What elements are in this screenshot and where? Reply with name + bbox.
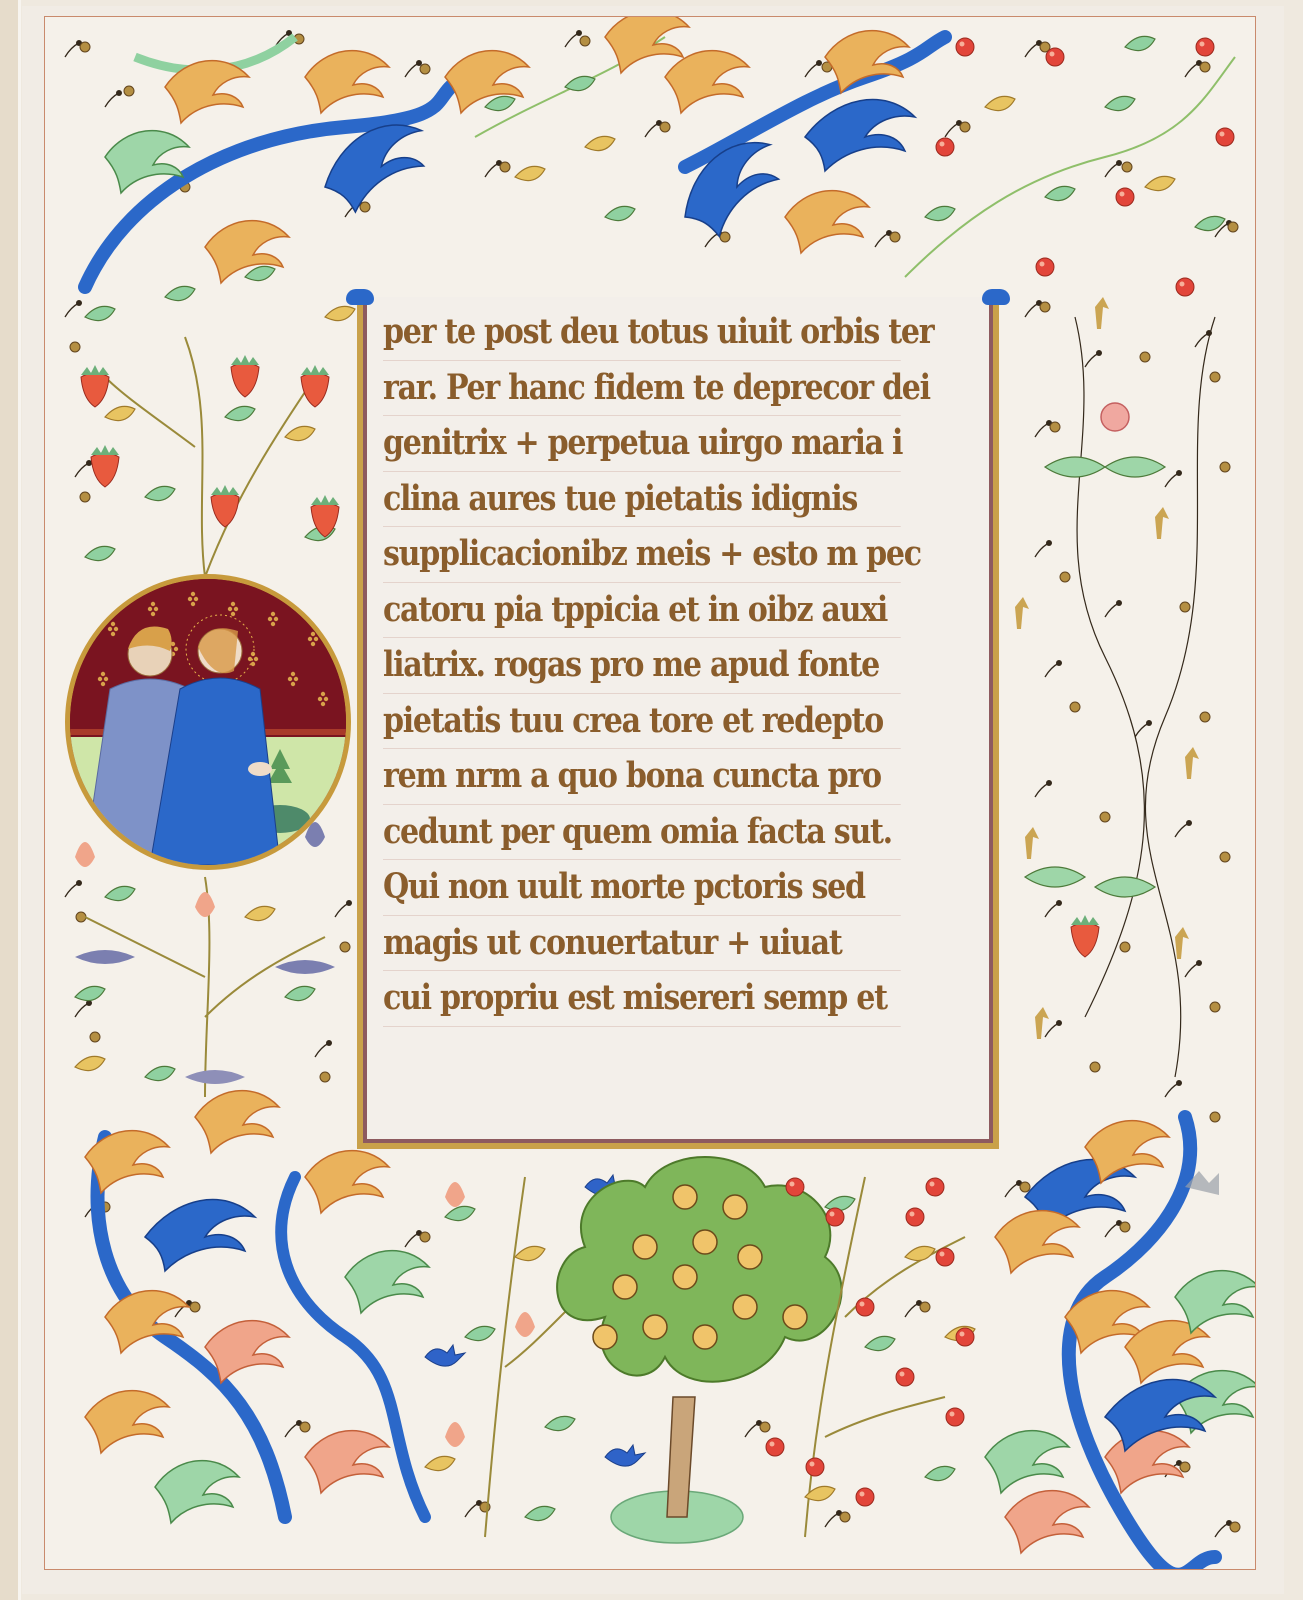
text-line: liatrix. rogas pro me apud fonte xyxy=(383,638,901,694)
text-line: rar. Per hanc fidem te deprecor dei xyxy=(383,361,901,417)
blue-knob-right xyxy=(982,289,1010,305)
blue-knob-left xyxy=(346,289,374,305)
text-line: catoru pia tppicia et in oibz auxi xyxy=(383,583,901,639)
text-line: cedunt per quem omia facta sut. xyxy=(383,805,901,861)
text-line: cui propriu est misereri semp et xyxy=(383,971,901,1027)
miniature-roundel xyxy=(65,574,351,870)
text-line: genitrix + perpetua uirgo maria i xyxy=(383,416,901,472)
ruled-frame: per te post deu totus uiuit orbis ter ra… xyxy=(44,16,1256,1570)
text-line: rem nrm a quo bona cuncta pro xyxy=(383,749,901,805)
text-line: supplicacionibz meis + esto m pec xyxy=(383,527,901,583)
text-line: per te post deu totus uiuit orbis ter xyxy=(383,305,901,361)
mat-edge xyxy=(0,0,21,1600)
text-lines: per te post deu totus uiuit orbis ter ra… xyxy=(383,305,985,1027)
miniature-painting xyxy=(70,579,346,865)
text-line: pietatis tuu crea tore et redepto xyxy=(383,694,901,750)
text-line: Qui non uult morte pctoris sed xyxy=(383,860,901,916)
text-block: per te post deu totus uiuit orbis ter ra… xyxy=(357,297,999,1149)
text-line: magis ut conuertatur + uiuat xyxy=(383,916,901,972)
text-line: clina aures tue pietatis idignis xyxy=(383,472,901,528)
